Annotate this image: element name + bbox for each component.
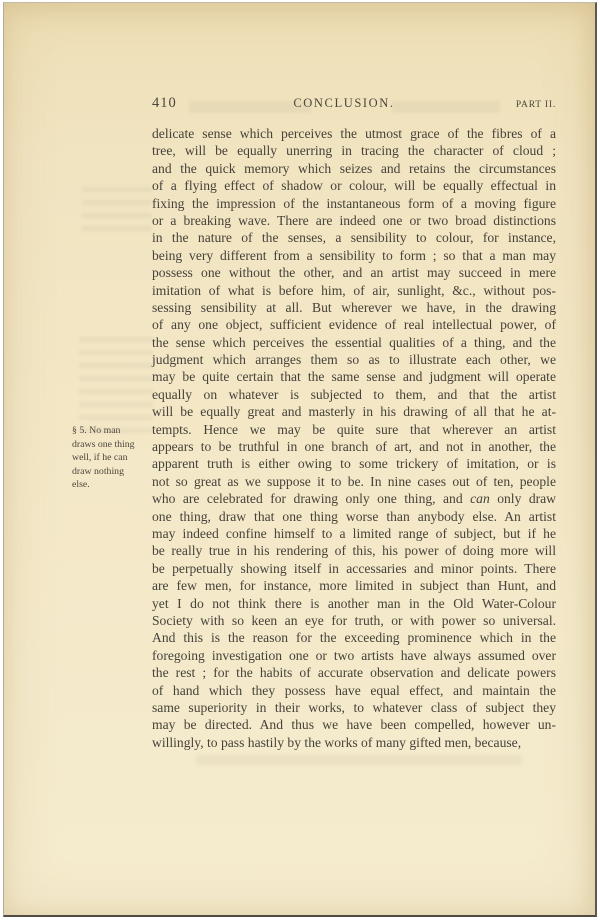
body-text-line: yet I do not think there is another man …: [152, 595, 556, 612]
body-text-line: sessing sensibility at all. But wherever…: [152, 299, 556, 316]
body-text-line: possess one without the other, and an ar…: [152, 264, 556, 281]
running-head: 410 CONCLUSION. PART II.: [152, 95, 556, 112]
body-text-line: being very different from a sensibility …: [152, 247, 556, 264]
body-text-line: apparent truth is either owing to some t…: [152, 455, 556, 472]
body-text-line: Society with so keen an eye for truth, o…: [152, 612, 556, 629]
body-text-line: may be directed. And thus we have been c…: [152, 716, 556, 733]
body-text-line: who are celebrated for drawing only one …: [152, 490, 556, 507]
body-text-line: may be quite certain that the same sense…: [152, 368, 556, 385]
page-number: 410: [152, 95, 188, 112]
margin-note-line: draws one thing: [72, 438, 152, 452]
show-through-ghost: [82, 183, 152, 235]
body-text-line: tree, will be equally unerring in tracin…: [152, 142, 556, 159]
part-label: PART II.: [500, 100, 556, 110]
body-text-line: one thing, draw that one thing worse tha…: [152, 508, 556, 525]
body-text-line: will be equally great and masterly in hi…: [152, 403, 556, 420]
body-text-line: are few men, for instance, more limited …: [152, 577, 556, 594]
scanned-book-page: 410 CONCLUSION. PART II. § 5. No mandraw…: [3, 2, 597, 917]
body-text-line: or a breaking wave. There are indeed one…: [152, 212, 556, 229]
margin-note-line: § 5. No man: [72, 424, 152, 438]
body-text-line: be really true in his rendering of this,…: [152, 542, 556, 559]
body-text-line: of a flying effect of shadow or colour, …: [152, 177, 556, 194]
body-text-line: and the quick memory which seizes and re…: [152, 160, 556, 177]
body-text-line: fixing the impression of the instantaneo…: [152, 195, 556, 212]
running-title: CONCLUSION.: [188, 96, 500, 111]
body-text-line: of any one object, sufficient evidence o…: [152, 316, 556, 333]
body-text-line: willingly, to pass hastily by the works …: [152, 734, 556, 751]
body-text-line: of hand which they possess have equal ef…: [152, 682, 556, 699]
body-text-line: imitation of what is before him, of air,…: [152, 282, 556, 299]
body-text: delicate sense which perceives the utmos…: [152, 125, 556, 751]
body-text-line: be perpetually showing itself in accessa…: [152, 560, 556, 577]
body-text-line: the rest ; for the habits of accurate ob…: [152, 664, 556, 681]
body-text-line: may indeed confine himself to a limited …: [152, 525, 556, 542]
body-text-line: And this is the reason for the exceeding…: [152, 629, 556, 646]
body-text-line: same superiority in their works, to what…: [152, 699, 556, 716]
margin-note-line: draw nothing: [72, 465, 152, 479]
margin-note-line: well, if he can: [72, 451, 152, 465]
body-text-line: judgment which arranges them so as to il…: [152, 351, 556, 368]
margin-note-line: else.: [72, 478, 152, 492]
body-text-line: foregoing investigation one or two artis…: [152, 647, 556, 664]
margin-note: § 5. No mandraws one thingwell, if he ca…: [72, 424, 152, 492]
body-text-line: the sense which perceives the essential …: [152, 334, 556, 351]
body-text-line: delicate sense which perceives the utmos…: [152, 125, 556, 142]
body-text-line: in the nature of the senses, a sensibili…: [152, 229, 556, 246]
show-through-ghost: [79, 333, 153, 433]
body-text-line: equally on whatever is subjected to them…: [152, 386, 556, 403]
body-text-line: tempts. Hence we may be quite sure that …: [152, 421, 556, 438]
body-text-line: not so great as we suppose it to be. In …: [152, 473, 556, 490]
show-through-ghost: [196, 755, 522, 765]
body-text-line: appears to be truthful in one branch of …: [152, 438, 556, 455]
